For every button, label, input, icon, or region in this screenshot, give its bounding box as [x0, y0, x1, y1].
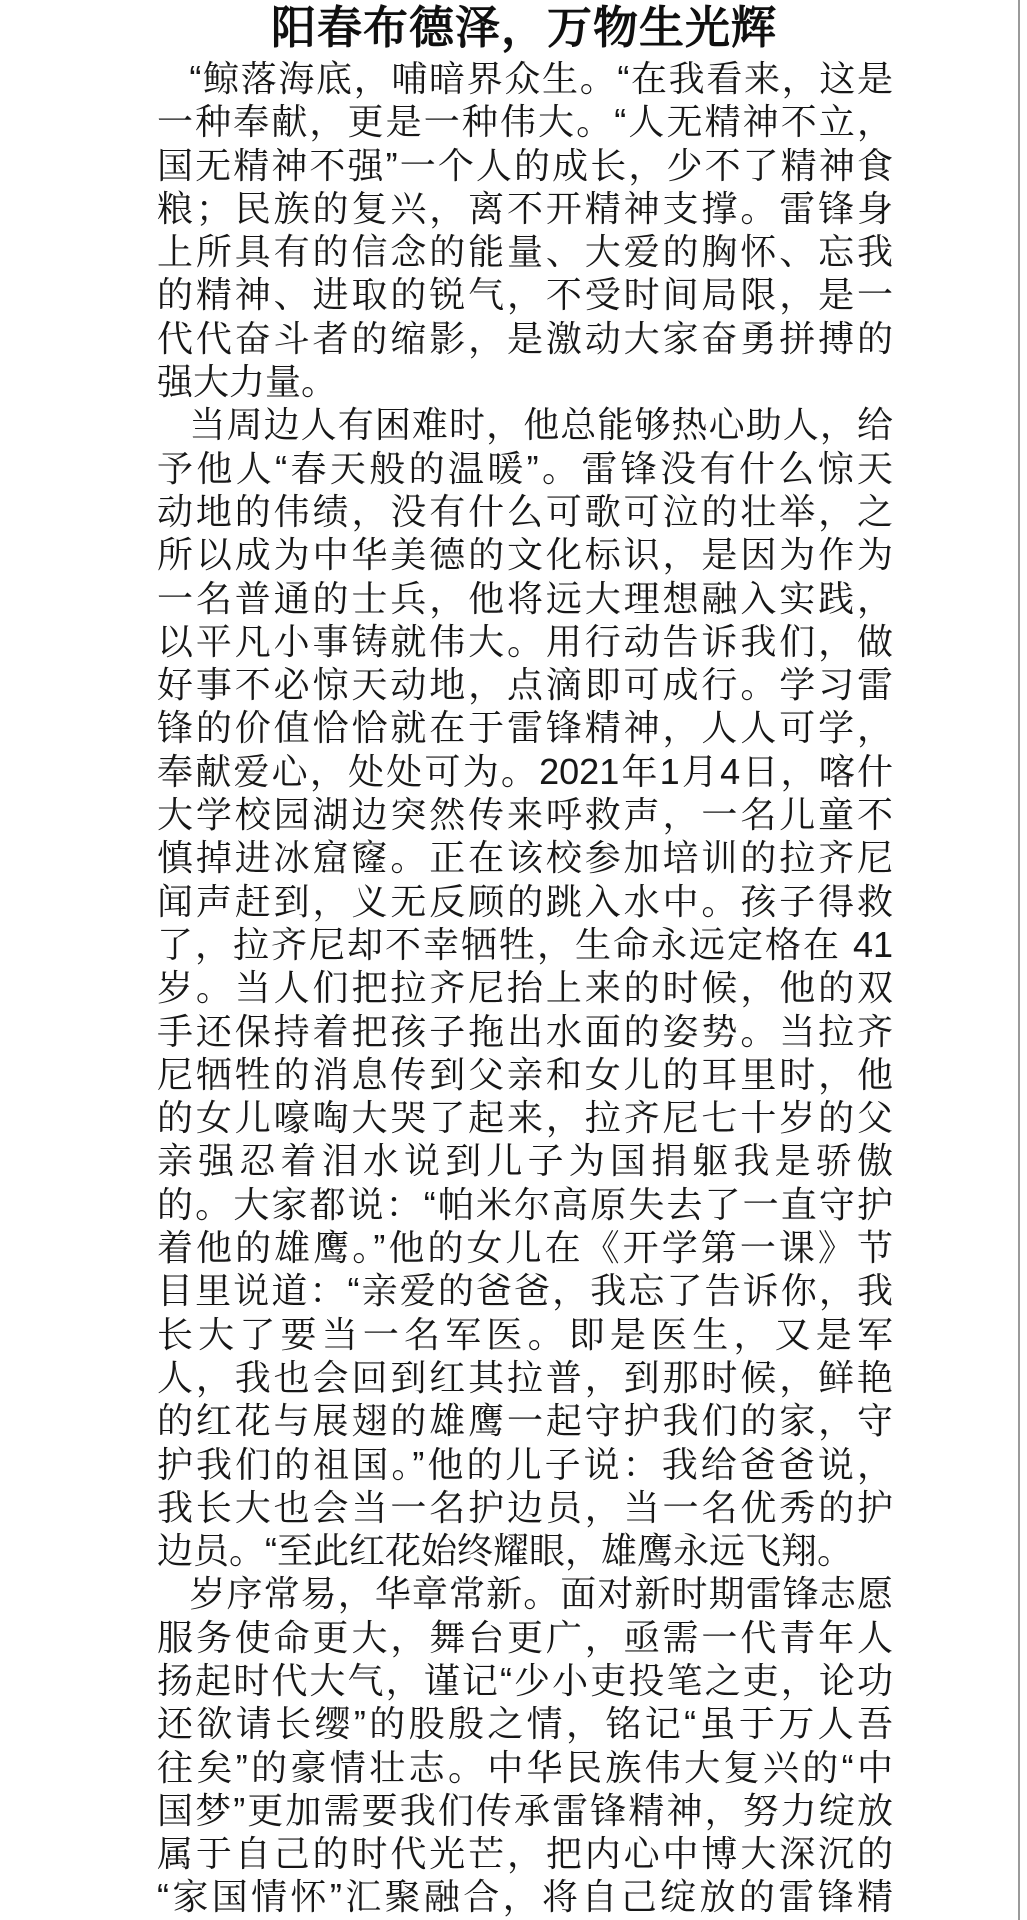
- text-line: 动地的伟绩，没有什么可歌可泣的壮举，之: [157, 490, 893, 533]
- text-line: 了，拉齐尼却不幸牺牲，生命永远定格在 41: [157, 923, 893, 966]
- text-line: 目里说道：“亲爱的爸爸，我忘了告诉你，我: [157, 1269, 893, 1312]
- text-line: 大学校园湖边突然传来呼救声，一名儿童不: [157, 793, 893, 836]
- text-line: 代代奋斗者的缩影，是激动大家奋勇拼搏的: [157, 317, 893, 360]
- text-line: 扬起时代大气，谨记“少小吏投笔之吏，论功: [157, 1659, 893, 1702]
- text-line: 予他人“春天般的温暖”。雷锋没有什么惊天: [157, 447, 893, 490]
- text-line: 上所具有的信念的能量、大爱的胸怀、忘我: [157, 230, 893, 273]
- text-line: 以平凡小事铸就伟大。用行动告诉我们，做: [157, 620, 893, 663]
- text-line: 护我们的祖国。”他的儿子说：我给爸爸说，: [157, 1443, 893, 1486]
- text-line: 着他的雄鹰。”他的女儿在《开学第一课》节: [157, 1226, 893, 1269]
- page-title: 阳春布德泽，万物生光辉: [148, 2, 900, 54]
- text-line: 国无精神不强”一个人的成长，少不了精神食: [157, 144, 893, 187]
- text-line: 所以成为中华美德的文化标识，是因为作为: [157, 533, 893, 576]
- page-edge-line: [1018, 0, 1020, 1920]
- text-line: 长大了要当一名军医。即是医生，又是军: [157, 1313, 893, 1356]
- text-line: 好事不必惊天动地，点滴即可成行。学习雷: [157, 663, 893, 706]
- text-line: 亲强忍着泪水说到儿子为国捐躯我是骄傲: [157, 1139, 893, 1182]
- text-line: 岁序常易，华章常新。面对新时期雷锋志愿: [157, 1572, 893, 1615]
- text-line: 的红花与展翅的雄鹰一起守护我们的家，守: [157, 1399, 893, 1442]
- document-page: 阳春布德泽，万物生光辉 “鲸落海底，哺暗界众生。“在我看来，这是 一种奉献，更是…: [0, 0, 1027, 1920]
- text-line: 的女儿嚎啕大哭了起来，拉齐尼七十岁的父: [157, 1096, 893, 1139]
- text-line: 往矣”的豪情壮志。中华民族伟大复兴的“中: [157, 1746, 893, 1789]
- text-line: 的。大家都说：“帕米尔高原失去了一直守护: [157, 1183, 893, 1226]
- text-line: 当周边人有困难时，他总能够热心助人，给: [157, 403, 893, 446]
- text-line: 慎掉进冰窟窿。正在该校参加培训的拉齐尼: [157, 836, 893, 879]
- text-line: 强大力量。: [157, 360, 893, 403]
- text-line: 奉献爱心，处处可为。2021年1月4日，喀什: [157, 750, 893, 793]
- text-line: 手还保持着把孩子拖出水面的姿势。当拉齐: [157, 1010, 893, 1053]
- text-line: 锋的价值恰恰就在于雷锋精神，人人可学，: [157, 706, 893, 749]
- text-line: 岁。当人们把拉齐尼抬上来的时候，他的双: [157, 966, 893, 1009]
- text-line: 服务使命更大，舞台更广，亟需一代青年人: [157, 1616, 893, 1659]
- text-line: 的精神、进取的锐气，不受时间局限，是一: [157, 273, 893, 316]
- text-line: 还欲请长缨”的股殷之情，铭记“虽于万人吾: [157, 1702, 893, 1745]
- text-line: 人，我也会回到红其拉普，到那时候，鲜艳: [157, 1356, 893, 1399]
- document-body: “鲸落海底，哺暗界众生。“在我看来，这是 一种奉献，更是一种伟大。“人无精神不立…: [157, 57, 893, 1919]
- text-line: 国梦”更加需要我们传承雷锋精神，努力绽放: [157, 1789, 893, 1832]
- text-line: 边员。“至此红花始终耀眼，雄鹰永远飞翔。: [157, 1529, 893, 1572]
- text-line: 我长大也会当一名护边员，当一名优秀的护: [157, 1486, 893, 1529]
- text-line: 属于自己的时代光芒，把内心中博大深沉的: [157, 1832, 893, 1875]
- text-line: “鲸落海底，哺暗界众生。“在我看来，这是: [157, 57, 893, 100]
- text-line: 一名普通的士兵，他将远大理想融入实践，: [157, 577, 893, 620]
- text-line: “家国情怀”汇聚融合，将自己绽放的雷锋精: [157, 1875, 893, 1918]
- text-line: 粮；民族的复兴，离不开精神支撑。雷锋身: [157, 187, 893, 230]
- text-line: 尼牺牲的消息传到父亲和女儿的耳里时，他: [157, 1053, 893, 1096]
- text-line: 一种奉献，更是一种伟大。“人无精神不立，: [157, 100, 893, 143]
- text-line: 闻声赶到，义无反顾的跳入水中。孩子得救: [157, 880, 893, 923]
